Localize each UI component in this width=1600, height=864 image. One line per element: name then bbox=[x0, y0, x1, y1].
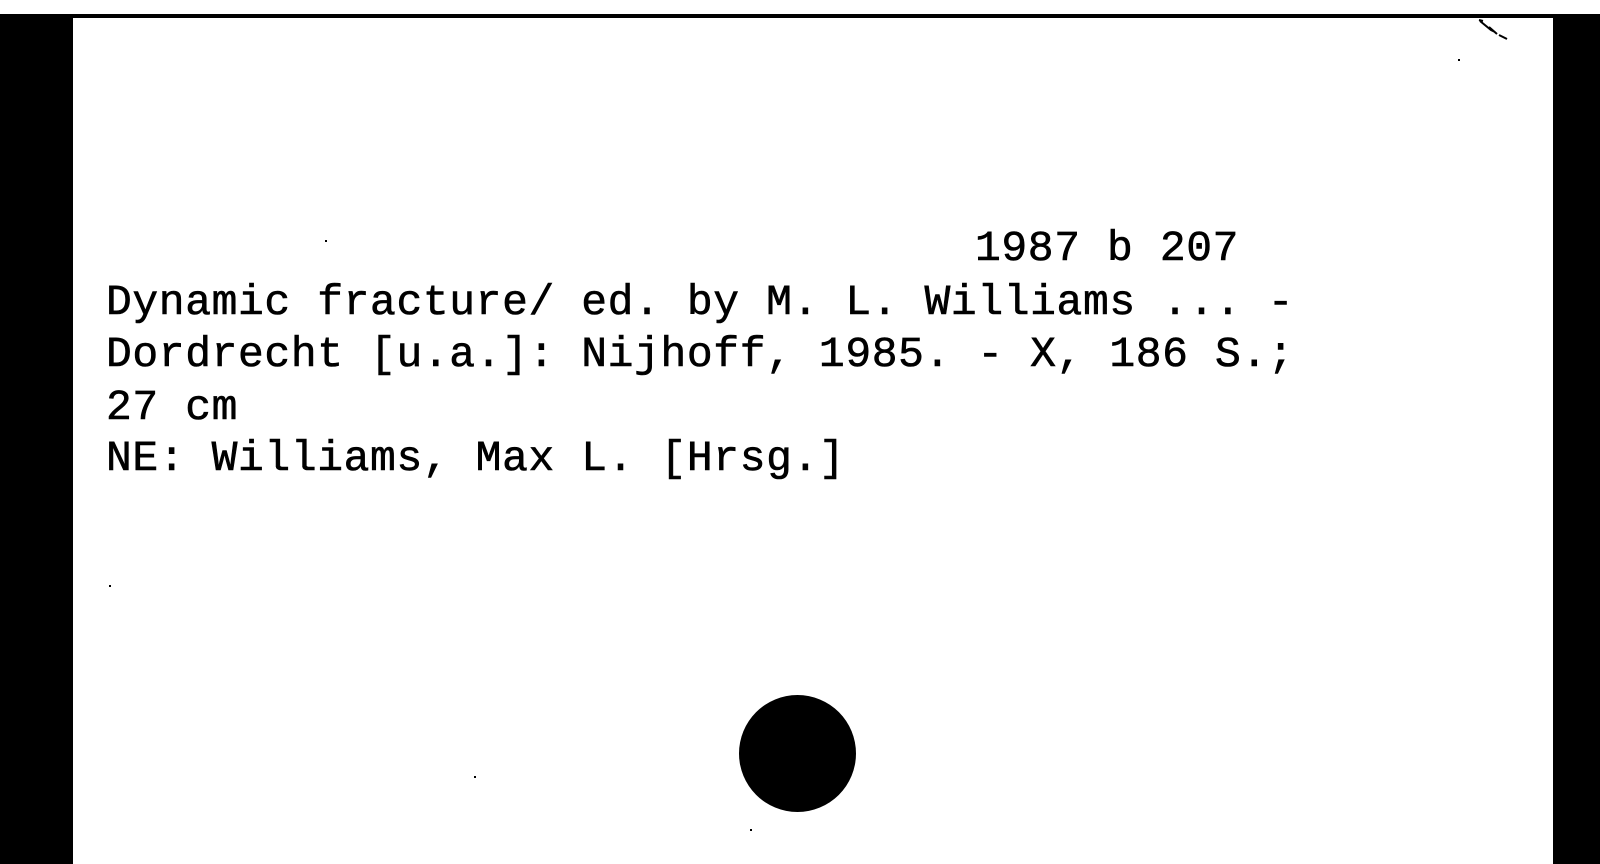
left-border-band bbox=[0, 14, 73, 864]
dust-speck bbox=[750, 829, 752, 831]
title-statement-line: Dynamic fracture/ ed. by M. L. Williams … bbox=[106, 281, 1294, 324]
dimensions-line: 27 cm bbox=[106, 386, 238, 429]
dust-speck bbox=[474, 776, 476, 778]
right-border-band bbox=[1553, 14, 1600, 864]
dust-speck bbox=[109, 585, 111, 587]
punch-hole bbox=[739, 695, 856, 812]
dust-speck bbox=[325, 240, 327, 242]
added-entry-line: NE: Williams, Max L. [Hrsg.] bbox=[106, 437, 845, 480]
publication-line: Dordrecht [u.a.]: Nijhoff, 1985. - X, 18… bbox=[106, 333, 1294, 376]
corner-scratch-mark bbox=[1477, 18, 1511, 44]
call-number: 1987 b 207 bbox=[975, 227, 1239, 270]
scanned-catalog-card: 1987 b 207 Dynamic fracture/ ed. by M. L… bbox=[0, 0, 1600, 864]
dust-speck bbox=[1458, 59, 1460, 61]
